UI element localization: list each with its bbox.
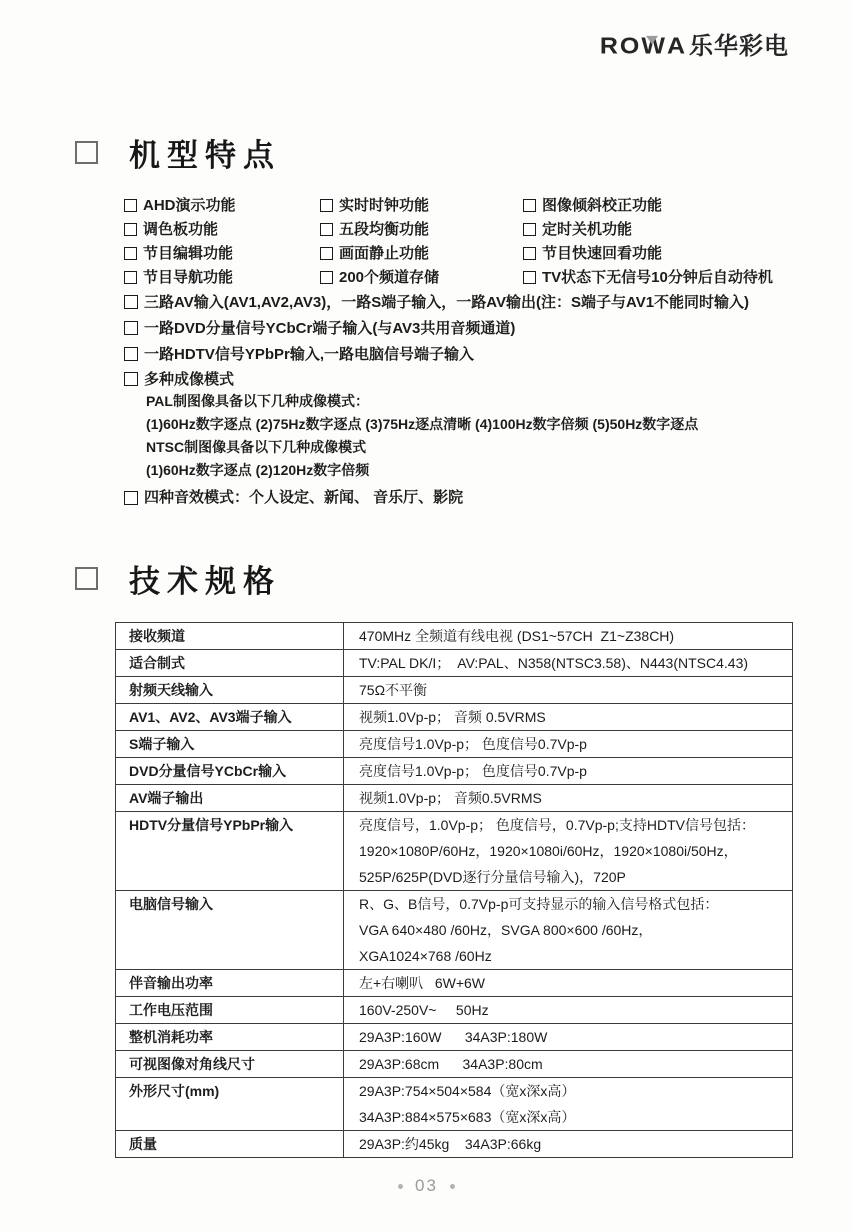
spec-value-line: VGA 640×480 /60Hz，SVGA 800×600 /60Hz，: [359, 917, 792, 943]
table-row: 射频天线输入 75Ω不平衡: [116, 676, 792, 703]
spec-value-line: 34A3P:884×575×683（宽x深x高）: [359, 1104, 792, 1130]
table-row: HDTV分量信号YPbPr输入 亮度信号，1.0Vp-p； 色度信号，0.7Vp…: [116, 811, 792, 890]
feature-item: 调色板功能: [124, 216, 320, 240]
spec-value: 亮度信号，1.0Vp-p； 色度信号，0.7Vp-p;支持HDTV信号包括： 1…: [344, 812, 792, 890]
feature-grid: AHD演示功能 实时时钟功能 图像倾斜校正功能 调色板功能 五段均衡功能 定时关…: [124, 192, 773, 288]
imaging-line: (1)60Hz数字逐点 (2)75Hz数字逐点 (3)75Hz逐点清晰 (4)1…: [146, 413, 698, 436]
feature-item: 图像倾斜校正功能: [523, 192, 773, 216]
imaging-line: (1)60Hz数字逐点 (2)120Hz数字倍频: [146, 459, 698, 482]
feature-bullet: 三路AV输入(AV1,AV2,AV3)，一路S端子输入，一路AV输出(注：S端子…: [124, 288, 749, 314]
feature-label: 定时关机功能: [542, 218, 632, 239]
checkbox-icon: [523, 271, 536, 284]
footer-dot-icon: [398, 1184, 403, 1189]
feature-item: 节目编辑功能: [124, 240, 320, 264]
spec-value: 29A3P:160W 34A3P:180W: [344, 1024, 792, 1050]
imaging-modes-block: 多种成像模式 PAL制图像具备以下几种成像模式： (1)60Hz数字逐点 (2)…: [124, 366, 698, 482]
imaging-modes-heading: 多种成像模式: [124, 366, 698, 390]
spec-value-line: 视频1.0Vp-p； 音频 0.5VRMS: [359, 704, 792, 730]
feature-item: 定时关机功能: [523, 216, 773, 240]
spec-value-line: 29A3P:约45kg 34A3P:66kg: [359, 1131, 792, 1157]
table-row: 接收频道 470MHz 全频道有线电视 (DS1~57CH Z1~Z38CH): [116, 623, 792, 649]
table-row: 适合制式 TV:PAL DK/I； AV:PAL、N358(NTSC3.58)、…: [116, 649, 792, 676]
imaging-line: PAL制图像具备以下几种成像模式：: [146, 390, 698, 413]
checkbox-icon: [124, 247, 137, 260]
spec-value: 470MHz 全频道有线电视 (DS1~57CH Z1~Z38CH): [344, 623, 792, 649]
checkbox-icon: [320, 247, 333, 260]
feature-item: AHD演示功能: [124, 192, 320, 216]
spec-value-line: XGA1024×768 /60Hz: [359, 943, 792, 969]
spec-value-line: 29A3P:68cm 34A3P:80cm: [359, 1051, 792, 1077]
feature-bullet-list: 三路AV输入(AV1,AV2,AV3)，一路S端子输入，一路AV输出(注：S端子…: [124, 288, 749, 366]
feature-label: AHD演示功能: [143, 194, 236, 215]
spec-label: DVD分量信号YCbCr输入: [116, 758, 344, 784]
spec-value-line: 29A3P:754×504×584（宽x深x高）: [359, 1078, 792, 1104]
spec-label: 可视图像对角线尺寸: [116, 1051, 344, 1077]
spec-label: 工作电压范围: [116, 997, 344, 1023]
spec-value-line: 左+右喇叭 6W+6W: [359, 970, 792, 996]
feature-label: 实时时钟功能: [339, 194, 429, 215]
feature-item: 实时时钟功能: [320, 192, 523, 216]
section-marker-icon: [75, 567, 98, 590]
feature-bullet: 一路HDTV信号YPbPr输入,一路电脑信号端子输入: [124, 340, 749, 366]
specs-section-header: 技术规格: [75, 556, 281, 601]
spec-value: 亮度信号1.0Vp-p； 色度信号0.7Vp-p: [344, 758, 792, 784]
imaging-line: NTSC制图像具备以下几种成像模式: [146, 436, 698, 459]
spec-value: 75Ω不平衡: [344, 677, 792, 703]
spec-label: 伴音输出功率: [116, 970, 344, 996]
checkbox-icon: [124, 271, 137, 284]
section-marker-icon: [75, 141, 98, 164]
feature-label: 调色板功能: [143, 218, 218, 239]
feature-label: 图像倾斜校正功能: [542, 194, 662, 215]
table-row: 伴音输出功率 左+右喇叭 6W+6W: [116, 969, 792, 996]
table-row: AV1、AV2、AV3端子输入 视频1.0Vp-p； 音频 0.5VRMS: [116, 703, 792, 730]
feature-item: 节目导航功能: [124, 264, 320, 288]
specs-section-title: 技术规格: [129, 556, 281, 601]
checkbox-icon: [320, 223, 333, 236]
checkbox-icon: [320, 199, 333, 212]
spec-value: R、G、B信号，0.7Vp-p可支持显示的输入信号格式包括： VGA 640×4…: [344, 891, 792, 969]
features-section-title: 机型特点: [129, 130, 281, 175]
checkbox-icon: [124, 372, 138, 386]
checkbox-icon: [124, 223, 137, 236]
spec-value-line: 亮度信号1.0Vp-p； 色度信号0.7Vp-p: [359, 731, 792, 757]
spec-value-line: 470MHz 全频道有线电视 (DS1~57CH Z1~Z38CH): [359, 623, 792, 649]
feature-item: 200个频道存储: [320, 264, 523, 288]
spec-value: 29A3P:68cm 34A3P:80cm: [344, 1051, 792, 1077]
spec-value-line: 视频1.0Vp-p； 音频0.5VRMS: [359, 785, 792, 811]
spec-label: 电脑信号输入: [116, 891, 344, 969]
spec-value-line: 525P/625P(DVD逐行分量信号输入)，720P: [359, 864, 792, 890]
table-row: DVD分量信号YCbCr输入 亮度信号1.0Vp-p； 色度信号0.7Vp-p: [116, 757, 792, 784]
checkbox-icon: [523, 223, 536, 236]
table-row: 工作电压范围 160V-250V~ 50Hz: [116, 996, 792, 1023]
sound-modes-bullet: 四种音效模式：个人设定、新闻、 音乐厅、影院: [124, 486, 463, 507]
checkbox-icon: [124, 347, 138, 361]
table-row: 可视图像对角线尺寸 29A3P:68cm 34A3P:80cm: [116, 1050, 792, 1077]
spec-value-line: R、G、B信号，0.7Vp-p可支持显示的输入信号格式包括：: [359, 891, 792, 917]
imaging-heading-text: 多种成像模式: [144, 368, 234, 389]
logo-w-accent-icon: [646, 36, 658, 44]
brand-logo: ROWA 乐华彩电: [600, 26, 789, 61]
features-section-header: 机型特点: [75, 130, 281, 175]
spec-value: 视频1.0Vp-p； 音频 0.5VRMS: [344, 704, 792, 730]
table-row: 外形尺寸(mm) 29A3P:754×504×584（宽x深x高） 34A3P:…: [116, 1077, 792, 1130]
feature-item: 五段均衡功能: [320, 216, 523, 240]
spec-label: 接收频道: [116, 623, 344, 649]
table-row: 电脑信号输入 R、G、B信号，0.7Vp-p可支持显示的输入信号格式包括： VG…: [116, 890, 792, 969]
sound-modes-text: 四种音效模式：个人设定、新闻、 音乐厅、影院: [144, 486, 463, 507]
spec-label: S端子输入: [116, 731, 344, 757]
feature-label: TV状态下无信号10分钟后自动待机: [542, 266, 773, 287]
feature-item: 节目快速回看功能: [523, 240, 773, 264]
spec-value: 视频1.0Vp-p； 音频0.5VRMS: [344, 785, 792, 811]
feature-label: 五段均衡功能: [339, 218, 429, 239]
spec-label: AV1、AV2、AV3端子输入: [116, 704, 344, 730]
spec-label: 外形尺寸(mm): [116, 1078, 344, 1130]
table-row: S端子输入 亮度信号1.0Vp-p； 色度信号0.7Vp-p: [116, 730, 792, 757]
manual-page: ROWA 乐华彩电 机型特点 AHD演示功能 实时时钟功能 图像倾斜校正功能 调…: [0, 0, 853, 1232]
table-row: 质量 29A3P:约45kg 34A3P:66kg: [116, 1130, 792, 1157]
spec-label: 射频天线输入: [116, 677, 344, 703]
feature-bullet: 一路DVD分量信号YCbCr端子输入(与AV3共用音频通道): [124, 314, 749, 340]
spec-value: 29A3P:754×504×584（宽x深x高） 34A3P:884×575×6…: [344, 1078, 792, 1130]
logo-letters-ro: RO: [600, 33, 642, 59]
bullet-text: 一路HDTV信号YPbPr输入,一路电脑信号端子输入: [144, 343, 474, 364]
spec-label: 整机消耗功率: [116, 1024, 344, 1050]
spec-label: AV端子输出: [116, 785, 344, 811]
logo-letter-w: W: [641, 33, 667, 60]
bullet-text: 一路DVD分量信号YCbCr端子输入(与AV3共用音频通道): [144, 317, 515, 338]
page-footer: 03: [0, 1176, 853, 1196]
checkbox-icon: [124, 321, 138, 335]
spec-value-line: 160V-250V~ 50Hz: [359, 997, 792, 1023]
bullet-text: 三路AV输入(AV1,AV2,AV3)，一路S端子输入，一路AV输出(注：S端子…: [144, 291, 749, 312]
spec-label: 质量: [116, 1131, 344, 1157]
feature-item: TV状态下无信号10分钟后自动待机: [523, 264, 773, 288]
spec-value: 左+右喇叭 6W+6W: [344, 970, 792, 996]
spec-value-line: 1920×1080P/60Hz，1920×1080i/60Hz，1920×108…: [359, 838, 792, 864]
spec-value: TV:PAL DK/I； AV:PAL、N358(NTSC3.58)、N443(…: [344, 650, 792, 676]
spec-label: 适合制式: [116, 650, 344, 676]
spec-table: 接收频道 470MHz 全频道有线电视 (DS1~57CH Z1~Z38CH) …: [115, 622, 793, 1158]
checkbox-icon: [523, 199, 536, 212]
checkbox-icon: [124, 491, 138, 505]
checkbox-icon: [124, 199, 137, 212]
brand-logo-chinese: 乐华彩电: [689, 26, 789, 61]
spec-value: 29A3P:约45kg 34A3P:66kg: [344, 1131, 792, 1157]
table-row: AV端子输出 视频1.0Vp-p； 音频0.5VRMS: [116, 784, 792, 811]
feature-label: 节目导航功能: [143, 266, 233, 287]
spec-value-line: 29A3P:160W 34A3P:180W: [359, 1024, 792, 1050]
spec-value-line: 75Ω不平衡: [359, 677, 792, 703]
spec-value-line: TV:PAL DK/I； AV:PAL、N358(NTSC3.58)、N443(…: [359, 650, 792, 676]
feature-label: 画面静止功能: [339, 242, 429, 263]
spec-label: HDTV分量信号YPbPr输入: [116, 812, 344, 890]
feature-label: 节目快速回看功能: [542, 242, 662, 263]
feature-label: 节目编辑功能: [143, 242, 233, 263]
feature-item: 画面静止功能: [320, 240, 523, 264]
brand-logo-text: ROWA: [600, 33, 687, 60]
spec-value: 160V-250V~ 50Hz: [344, 997, 792, 1023]
page-number: 03: [415, 1176, 438, 1196]
footer-dot-icon: [450, 1184, 455, 1189]
checkbox-icon: [320, 271, 333, 284]
spec-value-line: 亮度信号1.0Vp-p； 色度信号0.7Vp-p: [359, 758, 792, 784]
checkbox-icon: [523, 247, 536, 260]
spec-value: 亮度信号1.0Vp-p； 色度信号0.7Vp-p: [344, 731, 792, 757]
feature-label: 200个频道存储: [339, 266, 439, 287]
spec-value-line: 亮度信号，1.0Vp-p； 色度信号，0.7Vp-p;支持HDTV信号包括：: [359, 812, 792, 838]
checkbox-icon: [124, 295, 138, 309]
table-row: 整机消耗功率 29A3P:160W 34A3P:180W: [116, 1023, 792, 1050]
logo-letter-a: A: [667, 33, 687, 59]
